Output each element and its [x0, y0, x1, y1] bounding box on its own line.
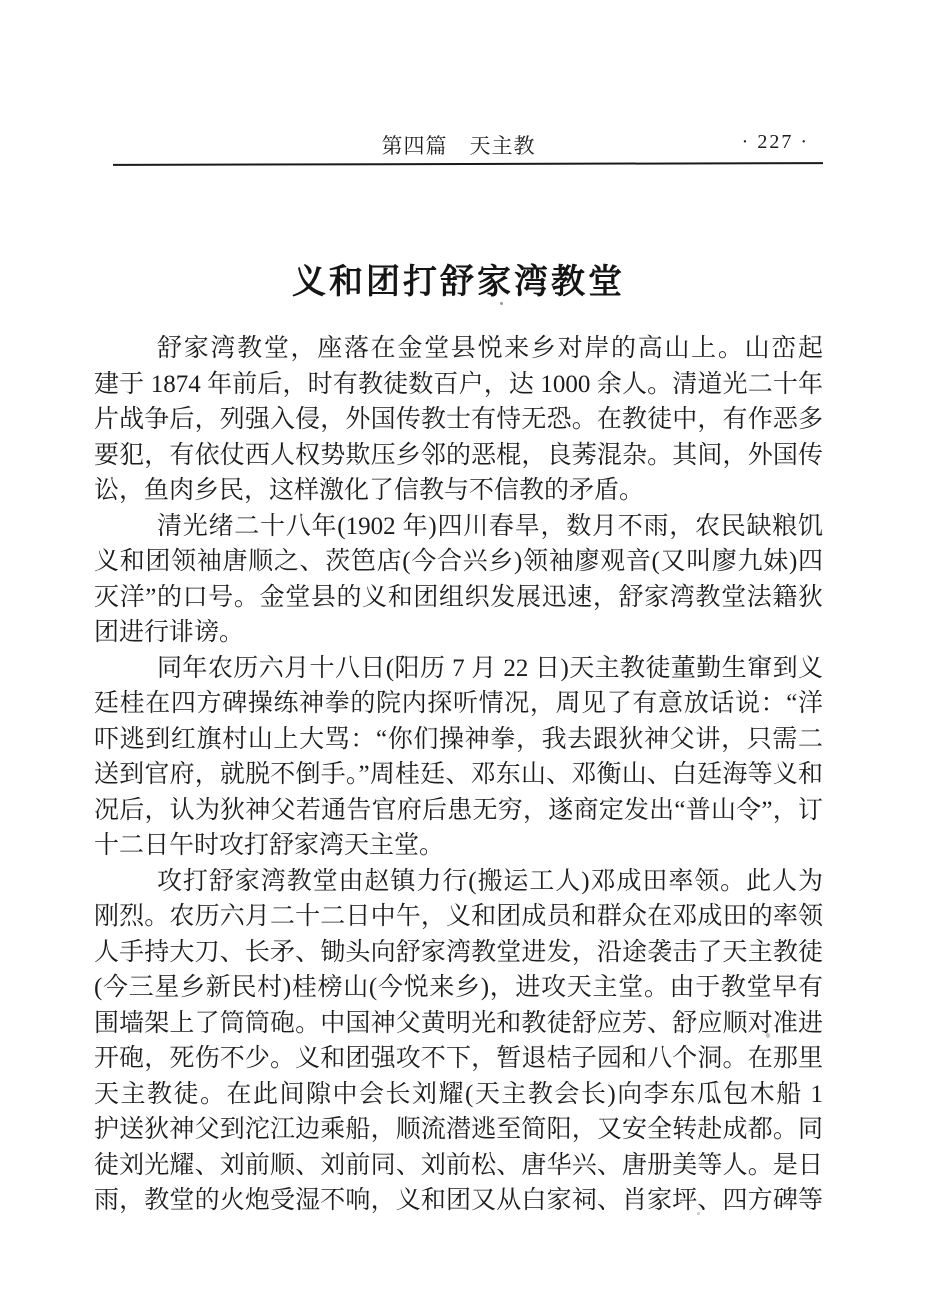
text-line: 吓逃到红旗村山上大骂：“你们操神拳，我去跟狄神父讲，只需二指大纸条把你们	[94, 722, 823, 758]
text-line: 片战争后，列强入侵，外国传教士有恃无恐。在教徒中，有作恶多端，官府缉拿的	[94, 402, 823, 438]
text-line: 徒刘光耀、刘前顺、刘前同、刘前松、唐华兴、唐册美等人。是日傍晚，因天降大	[94, 1148, 823, 1184]
text-line: 天主教徒。在此间隙中会长刘耀(天主教会长)向李东瓜包木船 1 只，由刘前安	[94, 1077, 823, 1113]
article-title: 义和团打舒家湾教堂	[94, 254, 823, 303]
scan-speckle	[766, 1033, 770, 1038]
text-line: 雨，教堂的火炮受湿不响，义和团又从白家祠、肖家坪、四方碑等据点聚集，再次	[94, 1183, 823, 1219]
text-line: 送到官府，就脱不倒手。”周桂廷、邓东山、邓衡山、白廷海等义和团首领得知此情	[94, 757, 823, 793]
text-line: 十二日午时攻打舒家湾天主堂。	[94, 828, 823, 864]
text-line: (今三星乡新民村)桂榜山(今悦来乡)，进攻天主堂。由于教堂早有准备，在教堂	[94, 970, 823, 1006]
text-line: 义和团领袖唐顺之、茨笆店(今合兴乡)领袖廖观音(又叫廖九妹)四处宣传“反清	[94, 544, 823, 580]
page-number: · 227 ·	[742, 131, 809, 154]
header-rule	[113, 162, 823, 166]
text-line: 灭洋”的口号。金堂县的义和团组织发展迅速，舒家湾教堂法籍狄神父即对义和	[94, 580, 823, 616]
text-line: 清光绪二十八年(1902 年)四川春旱，数月不雨，农民缺粮饥馑。这时淮口	[94, 509, 823, 545]
text-line: 要犯，有依仗西人权势欺压乡邻的恶棍，良莠混杂。其间，外国传教士又包揽词	[94, 438, 823, 474]
text-line: 攻打舒家湾教堂由赵镇力行(搬运工人)邓成田率领。此人为人正直，秉性	[94, 864, 823, 900]
text-line: 廷桂在四方碑操练神拳的院内探听情况，周见了有意放话说：“洋人混入。”董惊	[94, 686, 823, 722]
text-line: 围墙架上了筒筒砲。中国神父黄明光和教徒舒应芳、舒应顺对准进攻教堂群众	[94, 1006, 823, 1042]
text-line: 建于 1874 年前后，时有教徒数百户，达 1000 余人。清道光二十年(184…	[94, 367, 823, 403]
article-body: 舒家湾教堂，座落在金堂县悦来乡对岸的高山上。山峦起伏，古柏参天。始建于 1874…	[94, 331, 823, 1219]
scanned-book-page: 第四篇 天主教 · 227 · 义和团打舒家湾教堂 舒家湾教堂，座落在金堂县悦来…	[0, 0, 936, 1310]
text-line: 讼，鱼肉乡民，这样激化了信教与不信教的矛盾。	[94, 473, 823, 509]
text-line: 护送狄神父到沱江边乘船，顺流潜逃至简阳，又安全转赴成都。同行护送的有教	[94, 1112, 823, 1148]
text-line: 舒家湾教堂，座落在金堂县悦来乡对岸的高山上。山峦起伏，古柏参天。始	[94, 331, 823, 367]
scan-speckle	[697, 1212, 700, 1215]
text-line: 团进行诽谤。	[94, 615, 823, 651]
text-line: 同年农历六月十八日(阳历 7 月 22 日)天主教徒董勤生窜到义和团首领周	[94, 651, 823, 687]
running-head: 第四篇 天主教 · 227 ·	[94, 130, 823, 158]
text-line: 刚烈。农历六月二十二日中午，义和团成员和群众在邓成田的率领下，1000 余	[94, 899, 823, 935]
text-line: 人手持大刀、长矛、锄头向舒家湾教堂进发，沿途袭击了天主教徒聚居的冉家湾	[94, 935, 823, 971]
scan-speckle	[500, 302, 503, 305]
section-title: 第四篇 天主教	[94, 130, 823, 160]
text-line: 开砲，死伤不少。义和团强攻不下，暂退桔子园和八个洞。在那里又驱杀散居的	[94, 1041, 823, 1077]
text-line: 况后，认为狄神父若通告官府后患无穷，遂商定发出“普山令”，订于农历六月二	[94, 793, 823, 829]
